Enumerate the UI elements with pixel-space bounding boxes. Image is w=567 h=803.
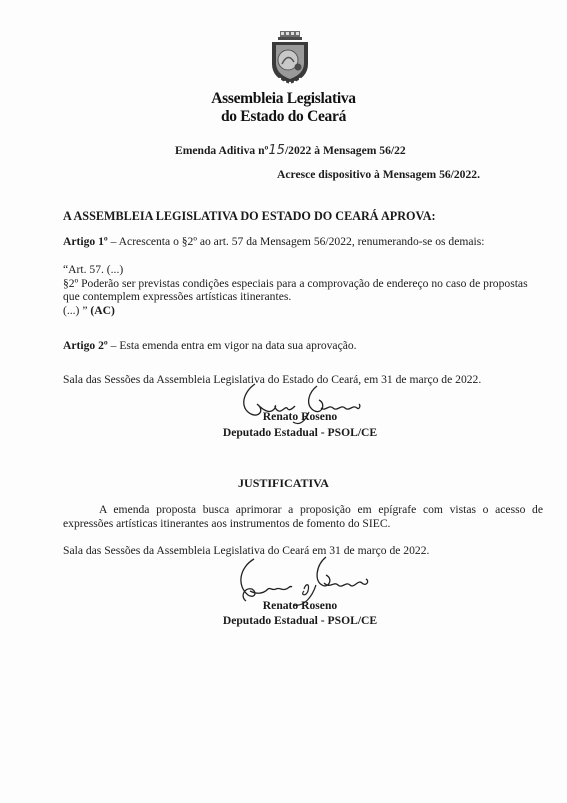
- article-1-text: – Acrescenta o §2º ao art. 57 da Mensage…: [108, 235, 485, 248]
- quoted-line-1: “Art. 57. (...): [63, 263, 543, 277]
- institution-name-line2: do Estado do Ceará: [0, 108, 567, 126]
- institution-name-line1: Assembleia Legislativa: [0, 90, 567, 108]
- amendment-summary: Acresce dispositivo à Mensagem 56/2022.: [277, 168, 480, 181]
- signatory-1-name: Renato Roseno: [218, 410, 382, 423]
- article-1: Artigo 1º – Acrescenta o §2º ao art. 57 …: [63, 235, 484, 248]
- article-2-text: – Esta emenda entra em vigor na data sua…: [108, 339, 357, 352]
- document-page: Assembleia Legislativa do Estado do Cear…: [0, 0, 567, 803]
- justification-line-1: A emenda proposta busca aprimorar a prop…: [63, 503, 543, 517]
- justification-heading: JUSTIFICATIVA: [0, 476, 567, 491]
- signatory-1-role: Deputado Estadual - PSOL/CE: [200, 426, 400, 439]
- justification-paragraph: A emenda proposta busca aprimorar a prop…: [63, 503, 543, 530]
- amendment-number-handwritten: 15: [268, 143, 285, 158]
- justification-line-2: expressões artísticas itinerantes aos in…: [63, 517, 543, 531]
- quoted-line-4-prefix: (...) ”: [63, 304, 90, 317]
- quoted-line-2: §2º Poderão ser previstas condições espe…: [63, 277, 543, 291]
- quoted-amendment-text: “Art. 57. (...) §2º Poderão ser prevista…: [63, 263, 543, 317]
- article-2-label: Artigo 2º: [63, 339, 108, 352]
- signatory-2-role: Deputado Estadual - PSOL/CE: [200, 614, 400, 627]
- quoted-line-4: (...) ” (AC): [63, 304, 543, 318]
- quoted-line-3: que contemplem expressões artísticas iti…: [63, 290, 543, 304]
- state-coat-of-arms-icon: [268, 30, 312, 86]
- article-1-label: Artigo 1º: [63, 235, 108, 248]
- article-2: Artigo 2º – Esta emenda entra em vigor n…: [63, 339, 357, 352]
- signatory-2-name: Renato Roseno: [218, 599, 382, 612]
- amendment-title: Emenda Aditiva nº15/2022 à Mensagem 56/2…: [175, 143, 406, 158]
- added-tag: (AC): [90, 304, 114, 317]
- amendment-title-prefix: Emenda Aditiva nº: [175, 144, 268, 157]
- amendment-title-suffix: /2022 à Mensagem 56/22: [285, 144, 406, 157]
- approval-heading: A ASSEMBLEIA LEGISLATIVA DO ESTADO DO CE…: [63, 209, 436, 224]
